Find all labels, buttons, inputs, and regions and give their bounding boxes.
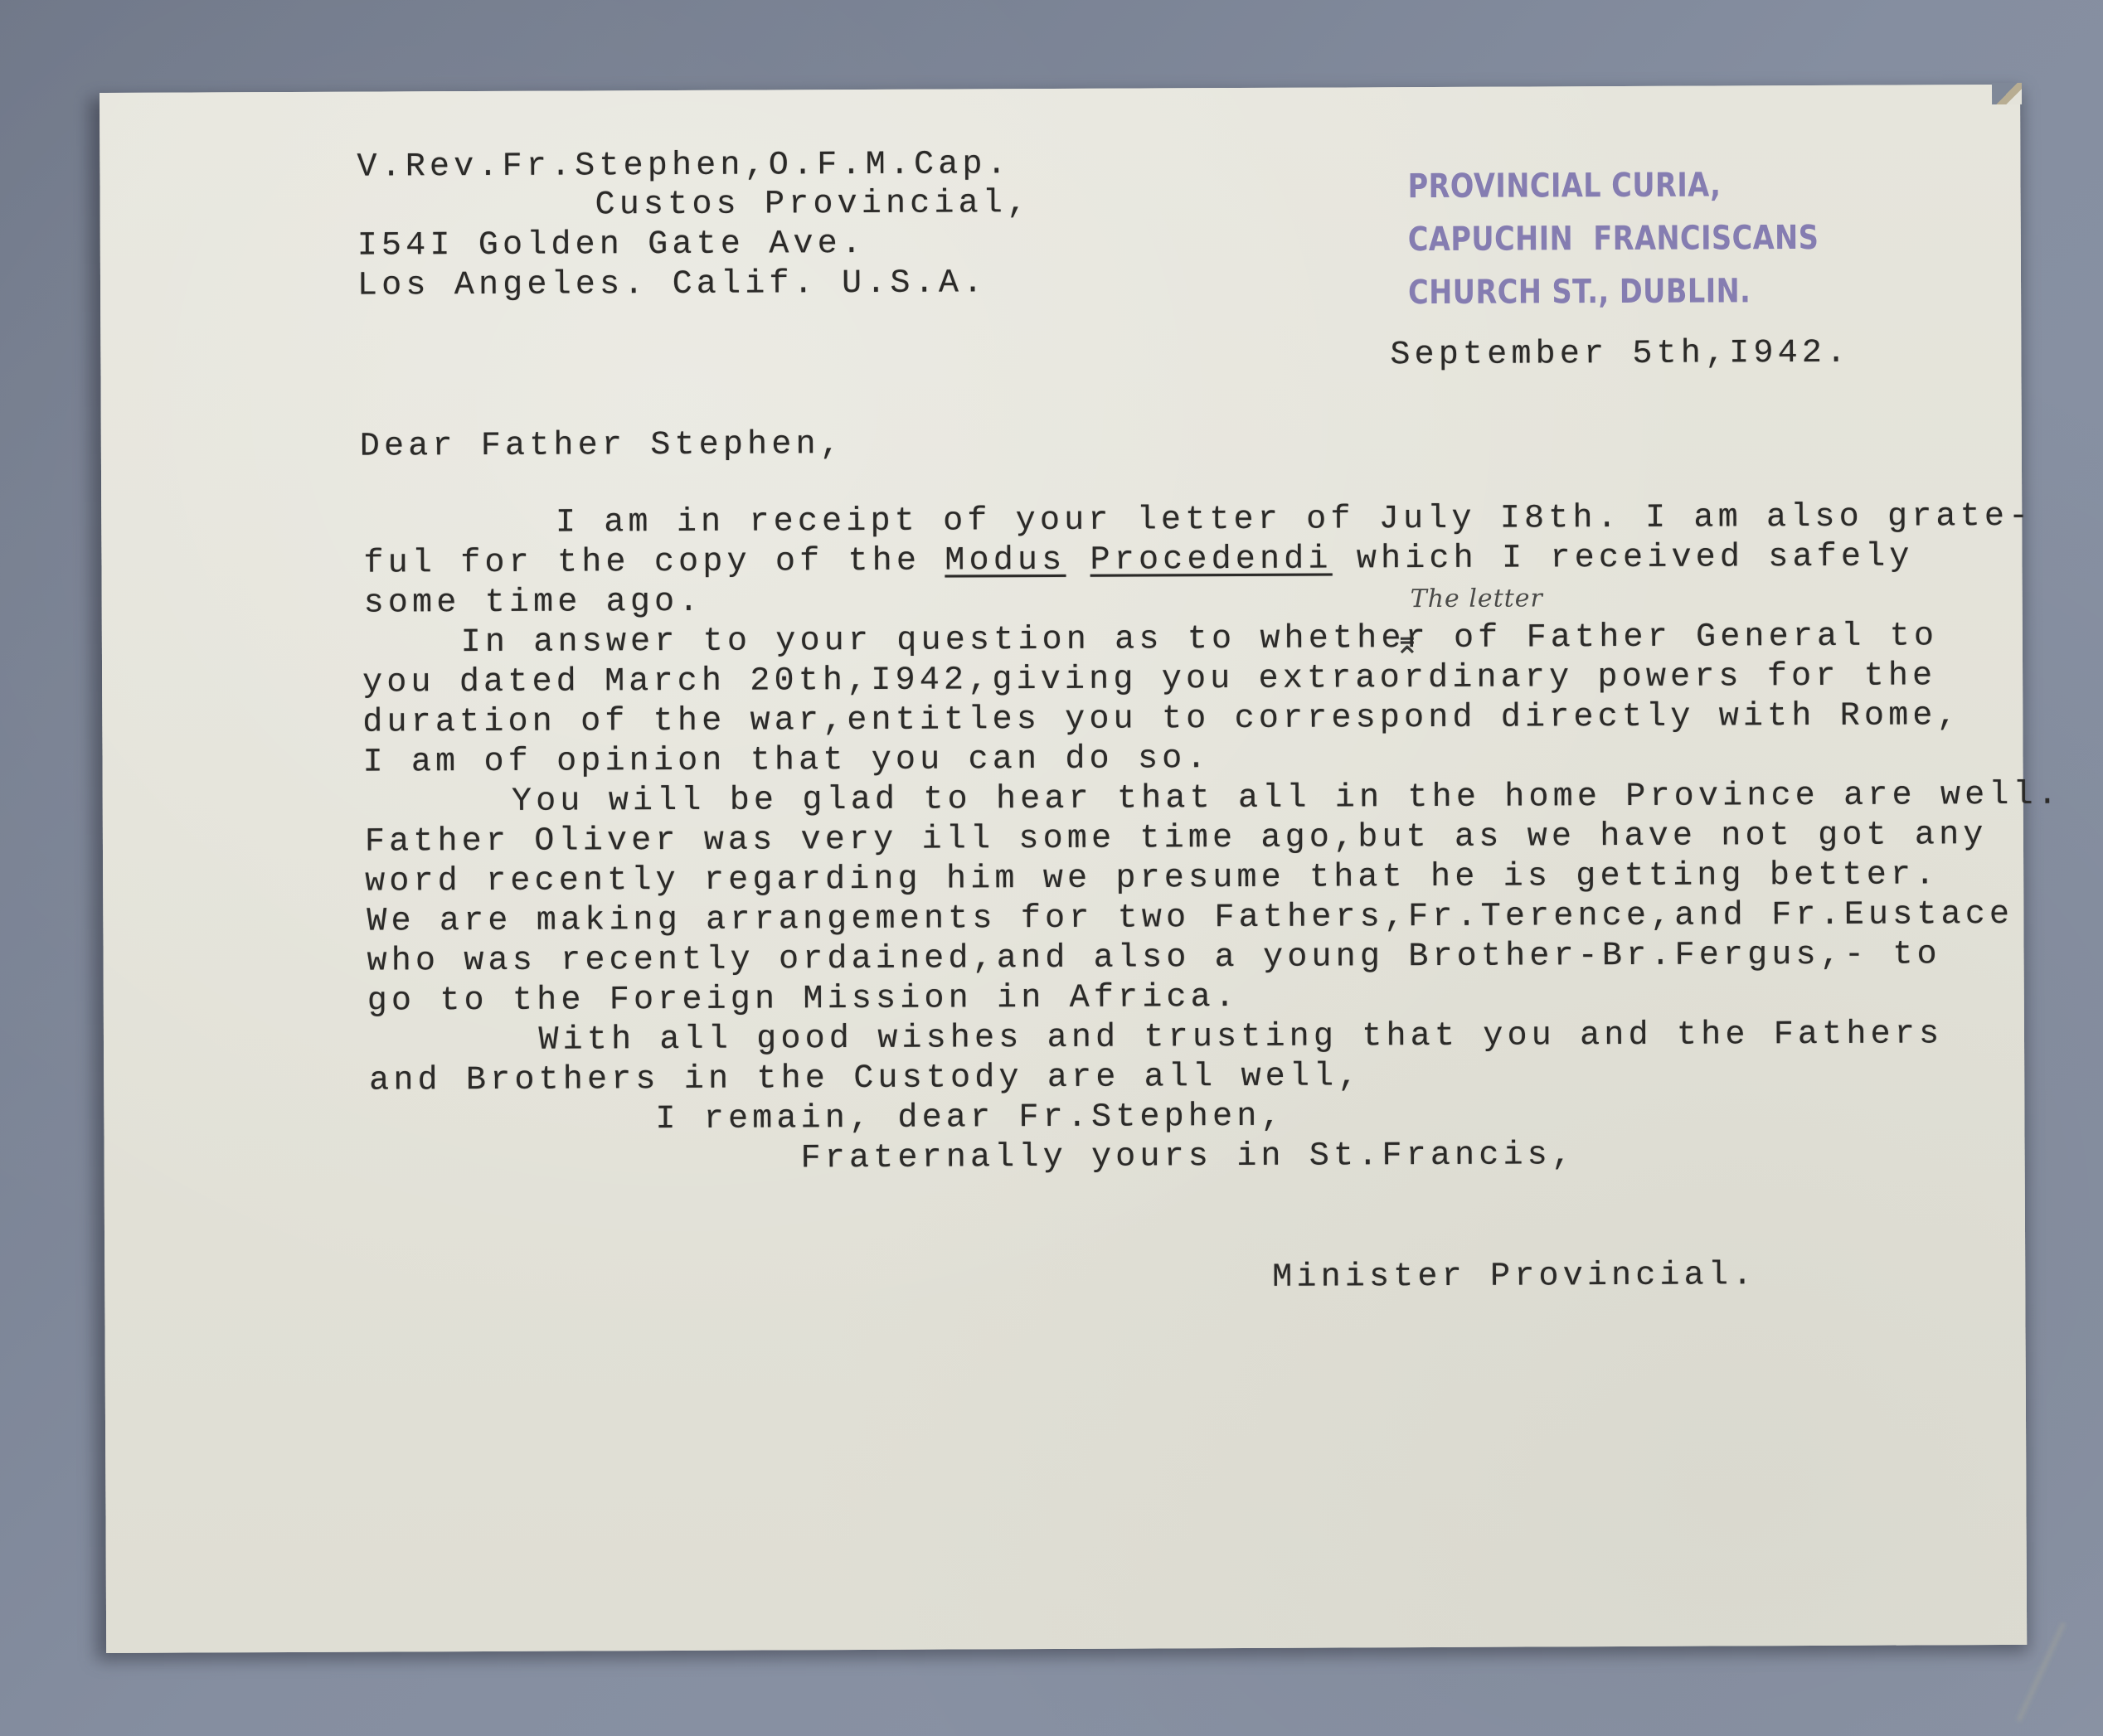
body-line: We are making arrangements for two Fathe… xyxy=(367,895,2013,943)
body-line: duration of the war,entitles you to corr… xyxy=(362,696,1961,743)
closing-line-1: I remain, dear Fr.Stephen, xyxy=(655,1098,1285,1140)
underlined-modus: Modus xyxy=(945,542,1066,580)
stamp-line-1: PROVINCIAL CURIA, xyxy=(1407,165,1721,206)
folded-corner xyxy=(1992,83,2022,104)
stamp-line-2: CAPUCHIN FRANCISCANS xyxy=(1408,218,1819,259)
body-line: With all good wishes and trusting that y… xyxy=(369,1015,1943,1061)
salutation: Dear Father Stephen, xyxy=(360,425,844,468)
paragraph-2: In answer to your question as to whether… xyxy=(100,85,2020,93)
recipient-address: V.Rev.Fr.Stephen,O.F.M.Cap. Custos Provi… xyxy=(100,85,2020,93)
underlined-procedendi: Procedendi xyxy=(1090,541,1333,579)
body-line: you dated March 20th,I942,giving you ext… xyxy=(362,657,1936,703)
letter-sheet: V.Rev.Fr.Stephen,O.F.M.Cap. Custos Provi… xyxy=(100,85,2027,1653)
body-line: In answer to your question as to whether… xyxy=(364,617,1938,663)
stamp-line-3: CHURCH ST., DUBLIN. xyxy=(1408,271,1751,313)
body-line: some time ago. xyxy=(364,583,703,624)
body-line: and Brothers in the Custody are all well… xyxy=(369,1057,1362,1101)
recipient-name: V.Rev.Fr.Stephen,O.F.M.Cap. xyxy=(357,145,1011,187)
body-line: who was recently ordained,and also a you… xyxy=(367,935,1940,982)
curia-stamp: PROVINCIAL CURIA, CAPUCHIN FRANCISCANS C… xyxy=(100,85,2020,93)
body-line: ful for the copy of the Modus Procedendi… xyxy=(363,537,1913,584)
recipient-title: Custos Provincial, xyxy=(595,184,1031,225)
paragraph-4: With all good wishes and trusting that y… xyxy=(100,85,2020,93)
closing: I remain, dear Fr.Stephen, Fraternally y… xyxy=(100,85,2020,93)
paragraph-3: You will be glad to hear that all in the… xyxy=(100,85,2020,93)
handwritten-insertion: The letter xyxy=(1411,584,1543,613)
recipient-city: Los Angeles. Calif. U.S.A. xyxy=(357,264,988,306)
body-line: word recently regarding him we presume t… xyxy=(365,856,1939,902)
closing-line-2: Fraternally yours in St.Francis, xyxy=(801,1136,1576,1179)
body-line: Father Oliver was very ill some time ago… xyxy=(365,816,1988,863)
body-line: I am of opinion that you can do so. xyxy=(362,739,1210,783)
body-line: I am in receipt of your letter of July I… xyxy=(362,497,2033,545)
recipient-street: I54I Golden Gate Ave. xyxy=(357,225,867,267)
paragraph-1: I am in receipt of your letter of July I… xyxy=(100,85,2020,93)
paper-crease xyxy=(2016,1622,2066,1723)
signature-title: Minister Provincial. xyxy=(1272,1256,1756,1298)
letter-date: September 5th,I942. xyxy=(1390,334,1850,376)
body-line: go to the Foreign Mission in Africa. xyxy=(367,978,1240,1022)
